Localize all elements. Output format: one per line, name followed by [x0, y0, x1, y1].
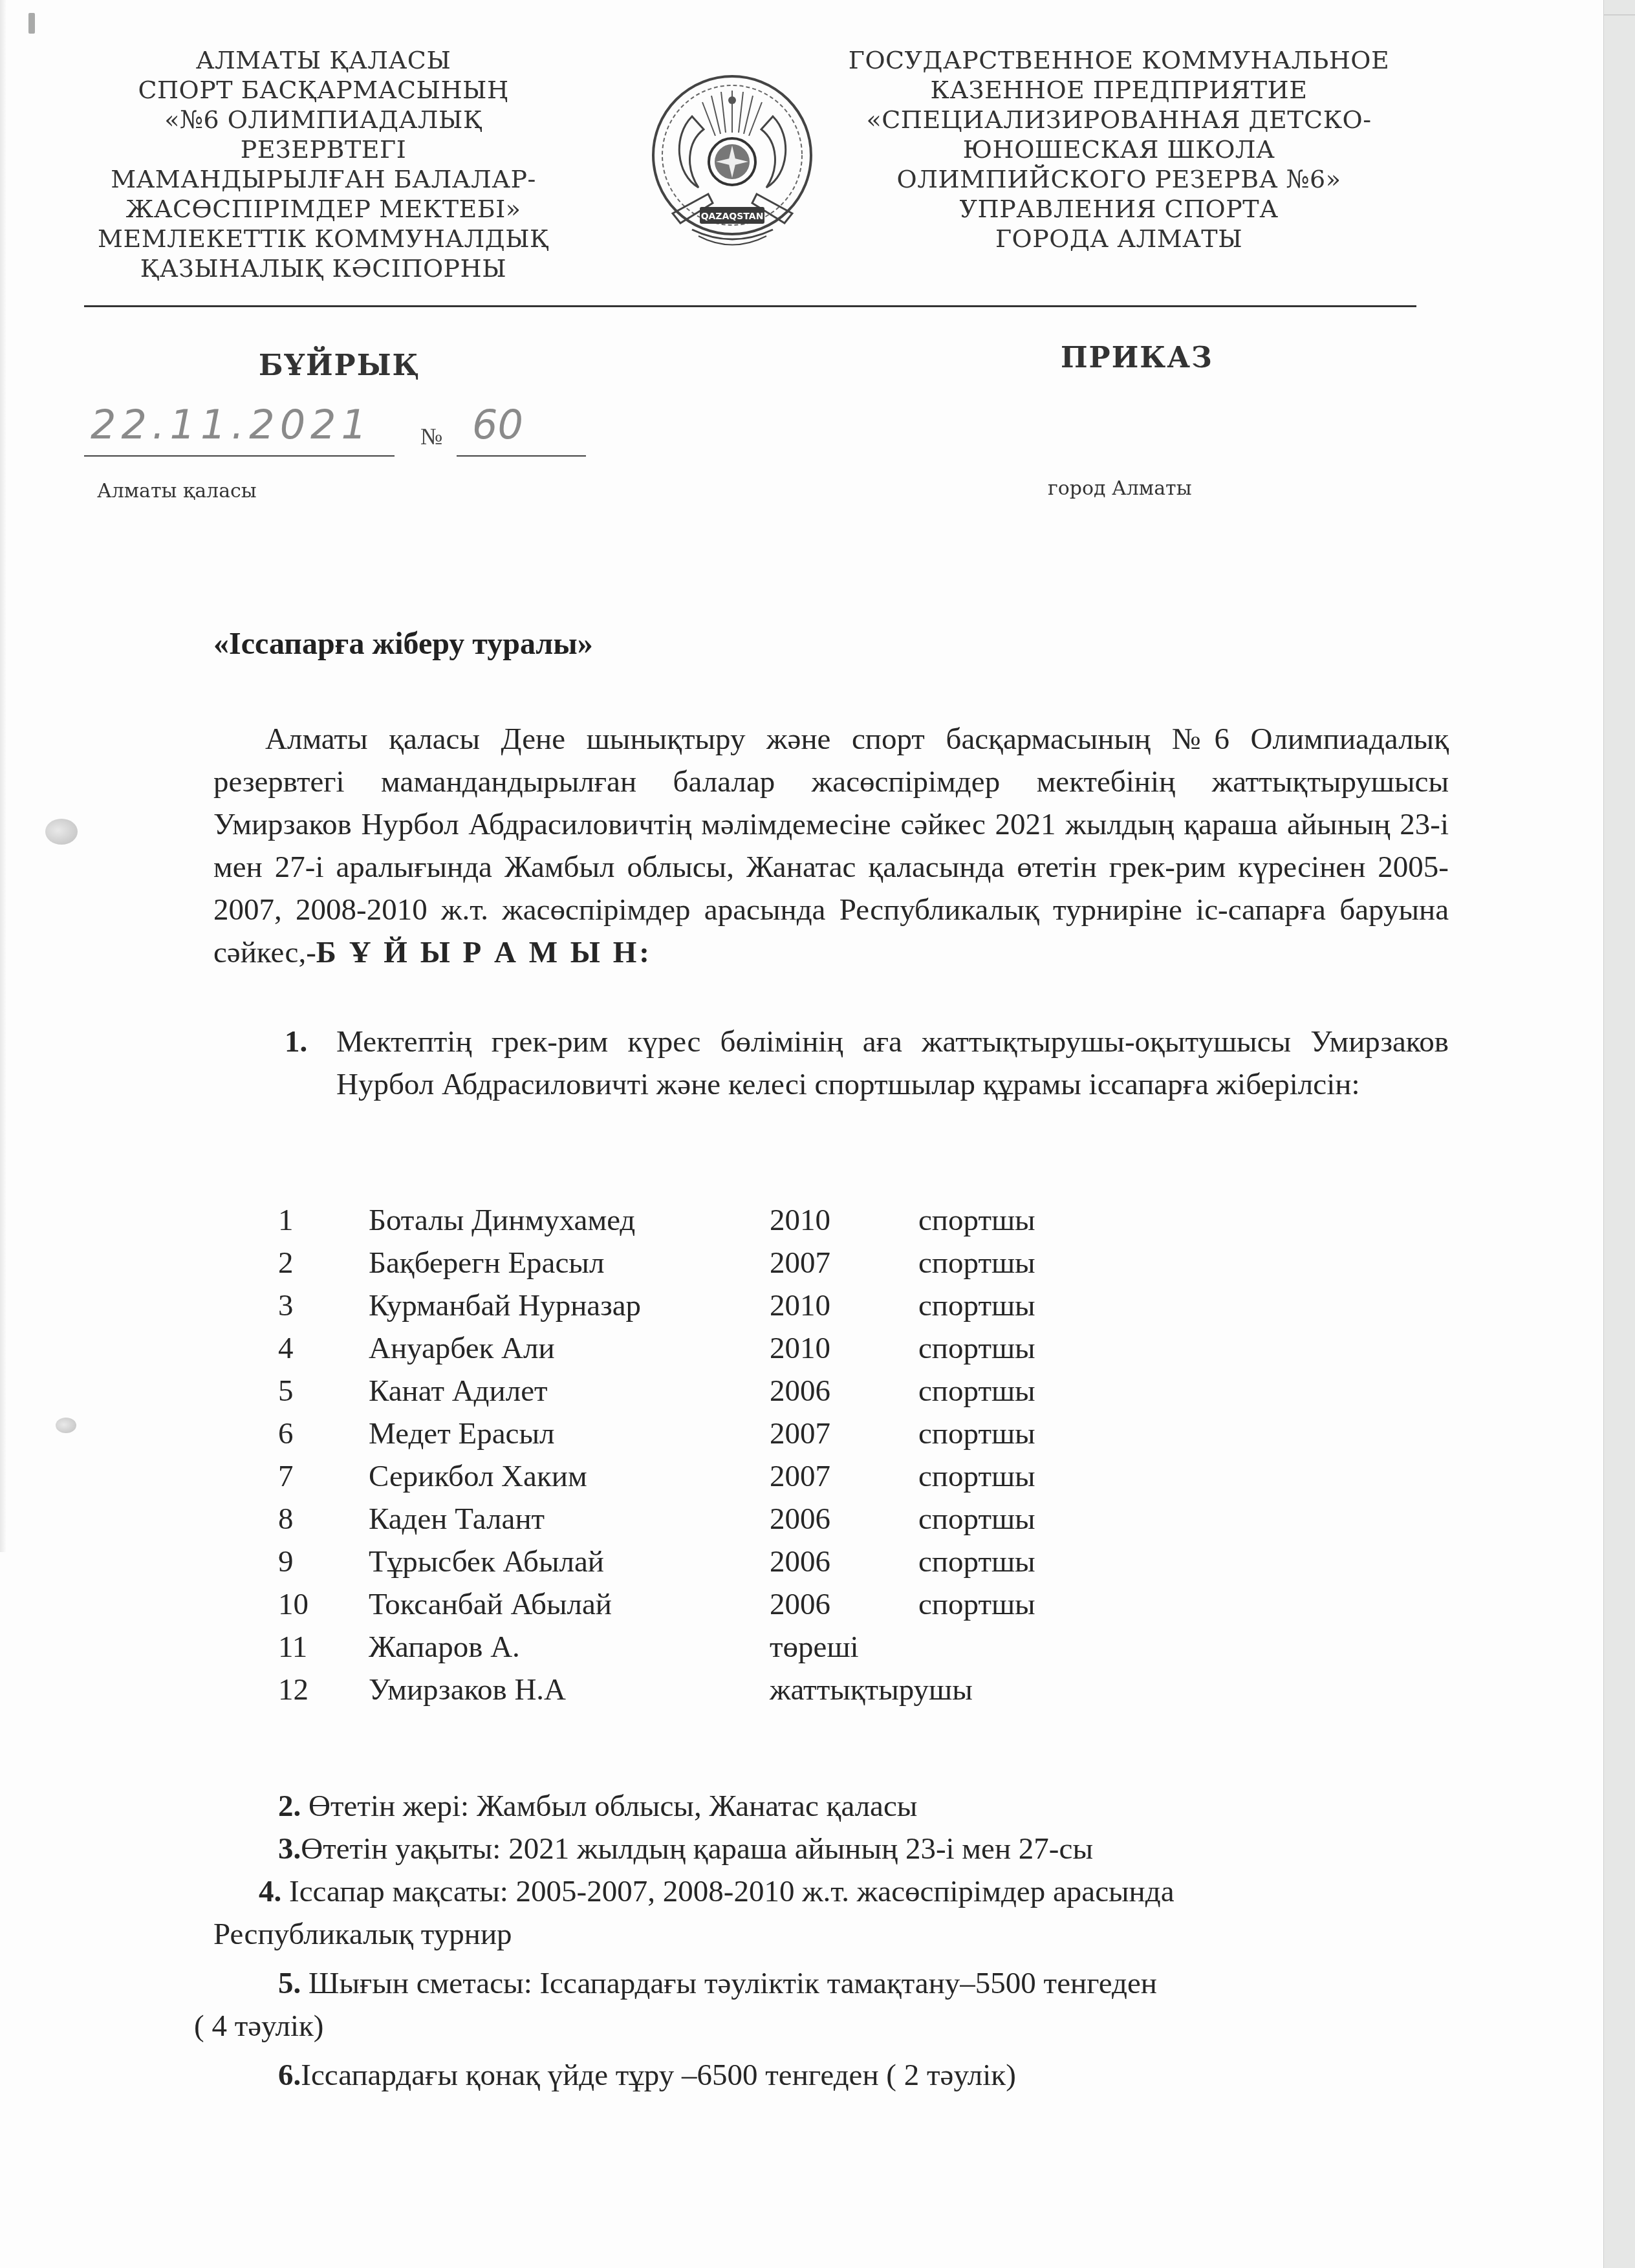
order-points: 2. Өтетін жері: Жамбыл облысы, Жанатас қ…	[213, 1785, 1449, 2097]
date-underline	[84, 455, 395, 457]
order-item-6: 6.Іссапардағы қонақ үйде тұру –6500 тенг…	[213, 2054, 1449, 2097]
item-text: Іссапардағы қонақ үйде тұру –6500 тенгед…	[301, 2058, 1016, 2092]
list-item: 8Каден Талант2006спортшы	[259, 1502, 1164, 1544]
person-role: спортшы	[918, 1587, 1035, 1622]
handwritten-order-number: 60	[472, 401, 523, 448]
person-role: спортшы	[918, 1502, 1035, 1537]
number-underline	[457, 455, 586, 457]
item-number: 1.	[285, 1021, 307, 1063]
list-index: 9	[278, 1544, 317, 1579]
org-kz-line: ЖАСӨСПІРІМДЕР МЕКТЕБІ»	[78, 194, 569, 224]
person-name: Жапаров А.	[369, 1630, 520, 1665]
person-role: спортшы	[918, 1459, 1035, 1494]
city-kazakh: Алматы қаласы	[97, 480, 257, 502]
order-subject: «Іссапарға жіберу туралы»	[213, 626, 593, 662]
item-text: Мектептің грек-рим күрес бөлімінің аға ж…	[336, 1021, 1449, 1106]
person-role: спортшы	[918, 1416, 1035, 1451]
person-role: спортшы	[918, 1203, 1035, 1238]
list-index: 12	[278, 1672, 317, 1707]
city-russian: город Алматы	[1048, 477, 1192, 500]
birth-year: 2007	[770, 1246, 830, 1280]
item-text: Өтетін уақыты: 2021 жылдың қараша айының…	[301, 1832, 1093, 1866]
preamble: Алматы қаласы Дене шынықтыру және спорт …	[213, 718, 1449, 974]
item-text: Өтетін жері: Жамбыл облысы, Жанатас қала…	[301, 1789, 917, 1823]
emblem-caption: QAZAQSTAN	[701, 211, 764, 222]
order-item-3: 3.Өтетін уақыты: 2021 жылдың қараша айын…	[213, 1828, 1449, 1870]
registration-line: 22.11.2021 № 60	[84, 401, 925, 459]
person-role: спортшы	[918, 1331, 1035, 1366]
order-item-4: 4. Іссапар мақсаты: 2005-2007, 2008-2010…	[213, 1870, 1449, 1913]
person-role: жаттықтырушы	[770, 1672, 973, 1707]
birth-year: 2007	[770, 1416, 830, 1451]
list-index: 11	[278, 1630, 317, 1665]
org-kz-line: МАМАНДЫРЫЛҒАН БАЛАЛАР-	[78, 164, 569, 194]
item-number: 2.	[278, 1789, 301, 1823]
list-index: 1	[278, 1203, 317, 1238]
item-text: Іссапар мақсаты: 2005-2007, 2008-2010 ж.…	[281, 1875, 1174, 1908]
document-type-russian: ПРИКАЗ	[1061, 341, 1213, 374]
birth-year: 2010	[770, 1288, 830, 1323]
letterhead: АЛМАТЫ ҚАЛАСЫ СПОРТ БАСҚАРМАСЫНЫҢ «№6 ОЛ…	[0, 45, 1423, 304]
order-item-1: 1. Мектептің грек-рим күрес бөлімінің ағ…	[285, 1021, 1449, 1106]
person-name: Токсанбай Абылай	[369, 1587, 612, 1622]
person-name: Ануарбек Али	[369, 1331, 555, 1366]
person-role: спортшы	[918, 1288, 1035, 1323]
list-index: 10	[278, 1587, 317, 1622]
org-kz-line: МЕМЛЕКЕТТІК КОММУНАЛДЫҚ	[78, 224, 569, 254]
person-name: Канат Адилет	[369, 1374, 548, 1409]
item-number: 5.	[278, 1967, 301, 2000]
scan-edge-strip	[1603, 0, 1635, 2268]
list-item: 9Тұрысбек Абылай2006спортшы	[259, 1544, 1164, 1587]
item-number: 3.	[278, 1832, 301, 1866]
org-ru-line: ЮНОШЕСКАЯ ШКОЛА	[815, 135, 1423, 164]
org-ru-line: КАЗЕННОЕ ПРЕДПРИЯТИЕ	[815, 75, 1423, 105]
birth-year: 2006	[770, 1544, 830, 1579]
person-role: спортшы	[918, 1246, 1035, 1280]
birth-year: 2007	[770, 1459, 830, 1494]
list-item: 3Курманбай Нурназар2010спортшы	[259, 1288, 1164, 1331]
org-ru-line: ОЛИМПИЙСКОГО РЕЗЕРВА №6»	[815, 164, 1423, 194]
list-index: 7	[278, 1459, 317, 1494]
order-item-2: 2. Өтетін жері: Жамбыл облысы, Жанатас қ…	[213, 1785, 1449, 1828]
preamble-text: Алматы қаласы Дене шынықтыру және спорт …	[213, 722, 1449, 969]
list-item: 2Бақберегн Ерасыл2007спортшы	[259, 1246, 1164, 1288]
organization-name-russian: ГОСУДАРСТВЕННОЕ КОММУНАЛЬНОЕ КАЗЕННОЕ ПР…	[815, 45, 1423, 254]
document-type-kazakh: БҰЙРЫҚ	[259, 349, 420, 382]
person-name: Умирзаков Н.А	[369, 1672, 566, 1707]
person-role: спортшы	[918, 1544, 1035, 1579]
birth-year: 2010	[770, 1203, 830, 1238]
handwritten-date: 22.11.2021	[91, 401, 372, 448]
item-text: Шығын сметасы: Іссапардағы тәуліктік там…	[301, 1967, 1157, 2000]
list-item: 11Жапаров А.төреші	[259, 1630, 1164, 1672]
person-name: Боталы Динмухамед	[369, 1203, 635, 1238]
person-name: Медет Ерасыл	[369, 1416, 554, 1451]
delegation-list: 1Боталы Динмухамед2010спортшы 2Бақберегн…	[259, 1203, 1164, 1715]
birth-year: 2006	[770, 1502, 830, 1537]
birth-year: 2006	[770, 1587, 830, 1622]
list-index: 3	[278, 1288, 317, 1323]
person-name: Тұрысбек Абылай	[369, 1544, 604, 1579]
org-ru-line: «СПЕЦИАЛИЗИРОВАННАЯ ДЕТСКО-	[815, 105, 1423, 135]
organization-name-kazakh: АЛМАТЫ ҚАЛАСЫ СПОРТ БАСҚАРМАСЫНЫҢ «№6 ОЛ…	[78, 45, 569, 283]
item-number: 4.	[259, 1875, 281, 1908]
org-kz-line: СПОРТ БАСҚАРМАСЫНЫҢ	[78, 75, 569, 105]
list-item: 10Токсанбай Абылай2006спортшы	[259, 1587, 1164, 1630]
list-index: 2	[278, 1246, 317, 1280]
list-index: 5	[278, 1374, 317, 1409]
person-role: төреші	[770, 1630, 859, 1665]
person-name: Курманбай Нурназар	[369, 1288, 641, 1323]
binder-clip-mark	[28, 13, 35, 34]
list-item: 7Серикбол Хаким2007спортшы	[259, 1459, 1164, 1502]
person-name: Бақберегн Ерасыл	[369, 1246, 604, 1280]
order-word: Б Ұ Й Ы Р А М Ы Н:	[316, 936, 652, 969]
list-item: 4Ануарбек Али2010спортшы	[259, 1331, 1164, 1374]
order-item-4-continuation: Республикалық турнир	[213, 1913, 1449, 1956]
punch-hole-lower	[56, 1418, 76, 1433]
org-ru-line: ГОРОДА АЛМАТЫ	[815, 224, 1423, 254]
person-name: Каден Талант	[369, 1502, 545, 1537]
org-kz-line: «№6 ОЛИМПИАДАЛЫҚ РЕЗЕРВТЕГІ	[78, 105, 569, 164]
list-index: 6	[278, 1416, 317, 1451]
list-item: 6Медет Ерасыл2007спортшы	[259, 1416, 1164, 1459]
person-role: спортшы	[918, 1374, 1035, 1409]
birth-year: 2010	[770, 1331, 830, 1366]
person-name: Серикбол Хаким	[369, 1459, 587, 1494]
list-index: 8	[278, 1502, 317, 1537]
list-item: 5Канат Адилет2006спортшы	[259, 1374, 1164, 1416]
list-item: 1Боталы Динмухамед2010спортшы	[259, 1203, 1164, 1246]
item-number: 6.	[278, 2058, 301, 2092]
state-emblem-icon: QAZAQSTAN	[647, 65, 818, 252]
list-item: 12Умирзаков Н.Ажаттықтырушы	[259, 1672, 1164, 1715]
list-index: 4	[278, 1331, 317, 1366]
org-ru-line: УПРАВЛЕНИЯ СПОРТА	[815, 194, 1423, 224]
punch-hole-upper	[45, 819, 78, 845]
org-ru-line: ГОСУДАРСТВЕННОЕ КОММУНАЛЬНОЕ	[815, 45, 1423, 75]
org-kz-line: ҚАЗЫНАЛЫҚ КӘСІПОРНЫ	[78, 254, 569, 283]
org-kz-line: АЛМАТЫ ҚАЛАСЫ	[78, 45, 569, 75]
order-item-5-continuation: ( 4 тәулік)	[194, 2005, 1449, 2047]
birth-year: 2006	[770, 1374, 830, 1409]
number-sign: №	[420, 423, 442, 450]
letterhead-divider	[84, 305, 1416, 307]
order-item-5: 5. Шығын сметасы: Іссапардағы тәуліктік …	[213, 1962, 1449, 2005]
